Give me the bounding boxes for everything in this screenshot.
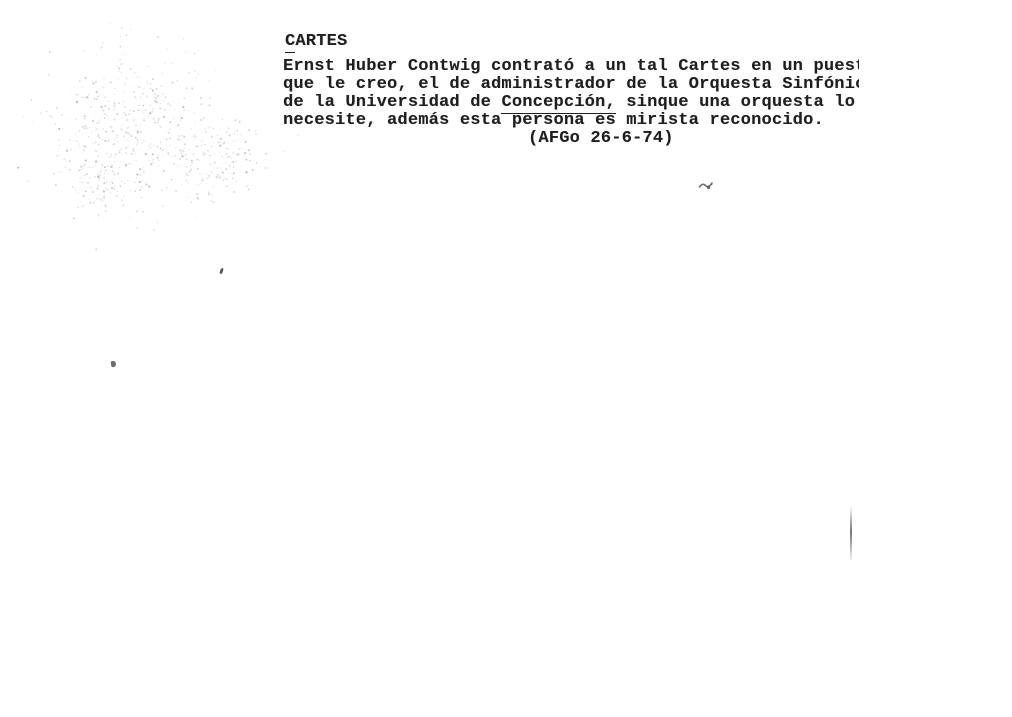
document-title: CARTES: [285, 32, 347, 51]
paragraph-line-3: de la Universidad de Concepción, sinque …: [283, 94, 859, 112]
line3-pre-text: de la Universidad de: [283, 93, 501, 112]
title-rest: ARTES: [295, 32, 347, 51]
vertical-scratch-artifact: [850, 506, 852, 562]
ink-speck-small: [219, 268, 223, 274]
paragraph-line-2: que le creo, el de administrador de la O…: [283, 76, 859, 94]
ink-speck-comma: [111, 361, 117, 368]
citation-line: (AFGo 26-6-74): [283, 130, 859, 148]
title-first-letter: C: [285, 32, 295, 53]
scanner-noise-speckle: [0, 0, 320, 260]
line3-post-text: sinque una orquesta lo: [616, 93, 855, 112]
paragraph-line-4: necesite, además esta persona es mirista…: [283, 112, 859, 130]
document-paragraph: Ernst Huber Contwig contrató a un tal Ca…: [283, 58, 859, 148]
paragraph-line-1: Ernst Huber Contwig contrató a un tal Ca…: [283, 58, 859, 76]
scanned-document-page: CARTES Ernst Huber Contwig contrató a un…: [0, 0, 1012, 717]
ink-smudge-mark: [698, 179, 716, 193]
